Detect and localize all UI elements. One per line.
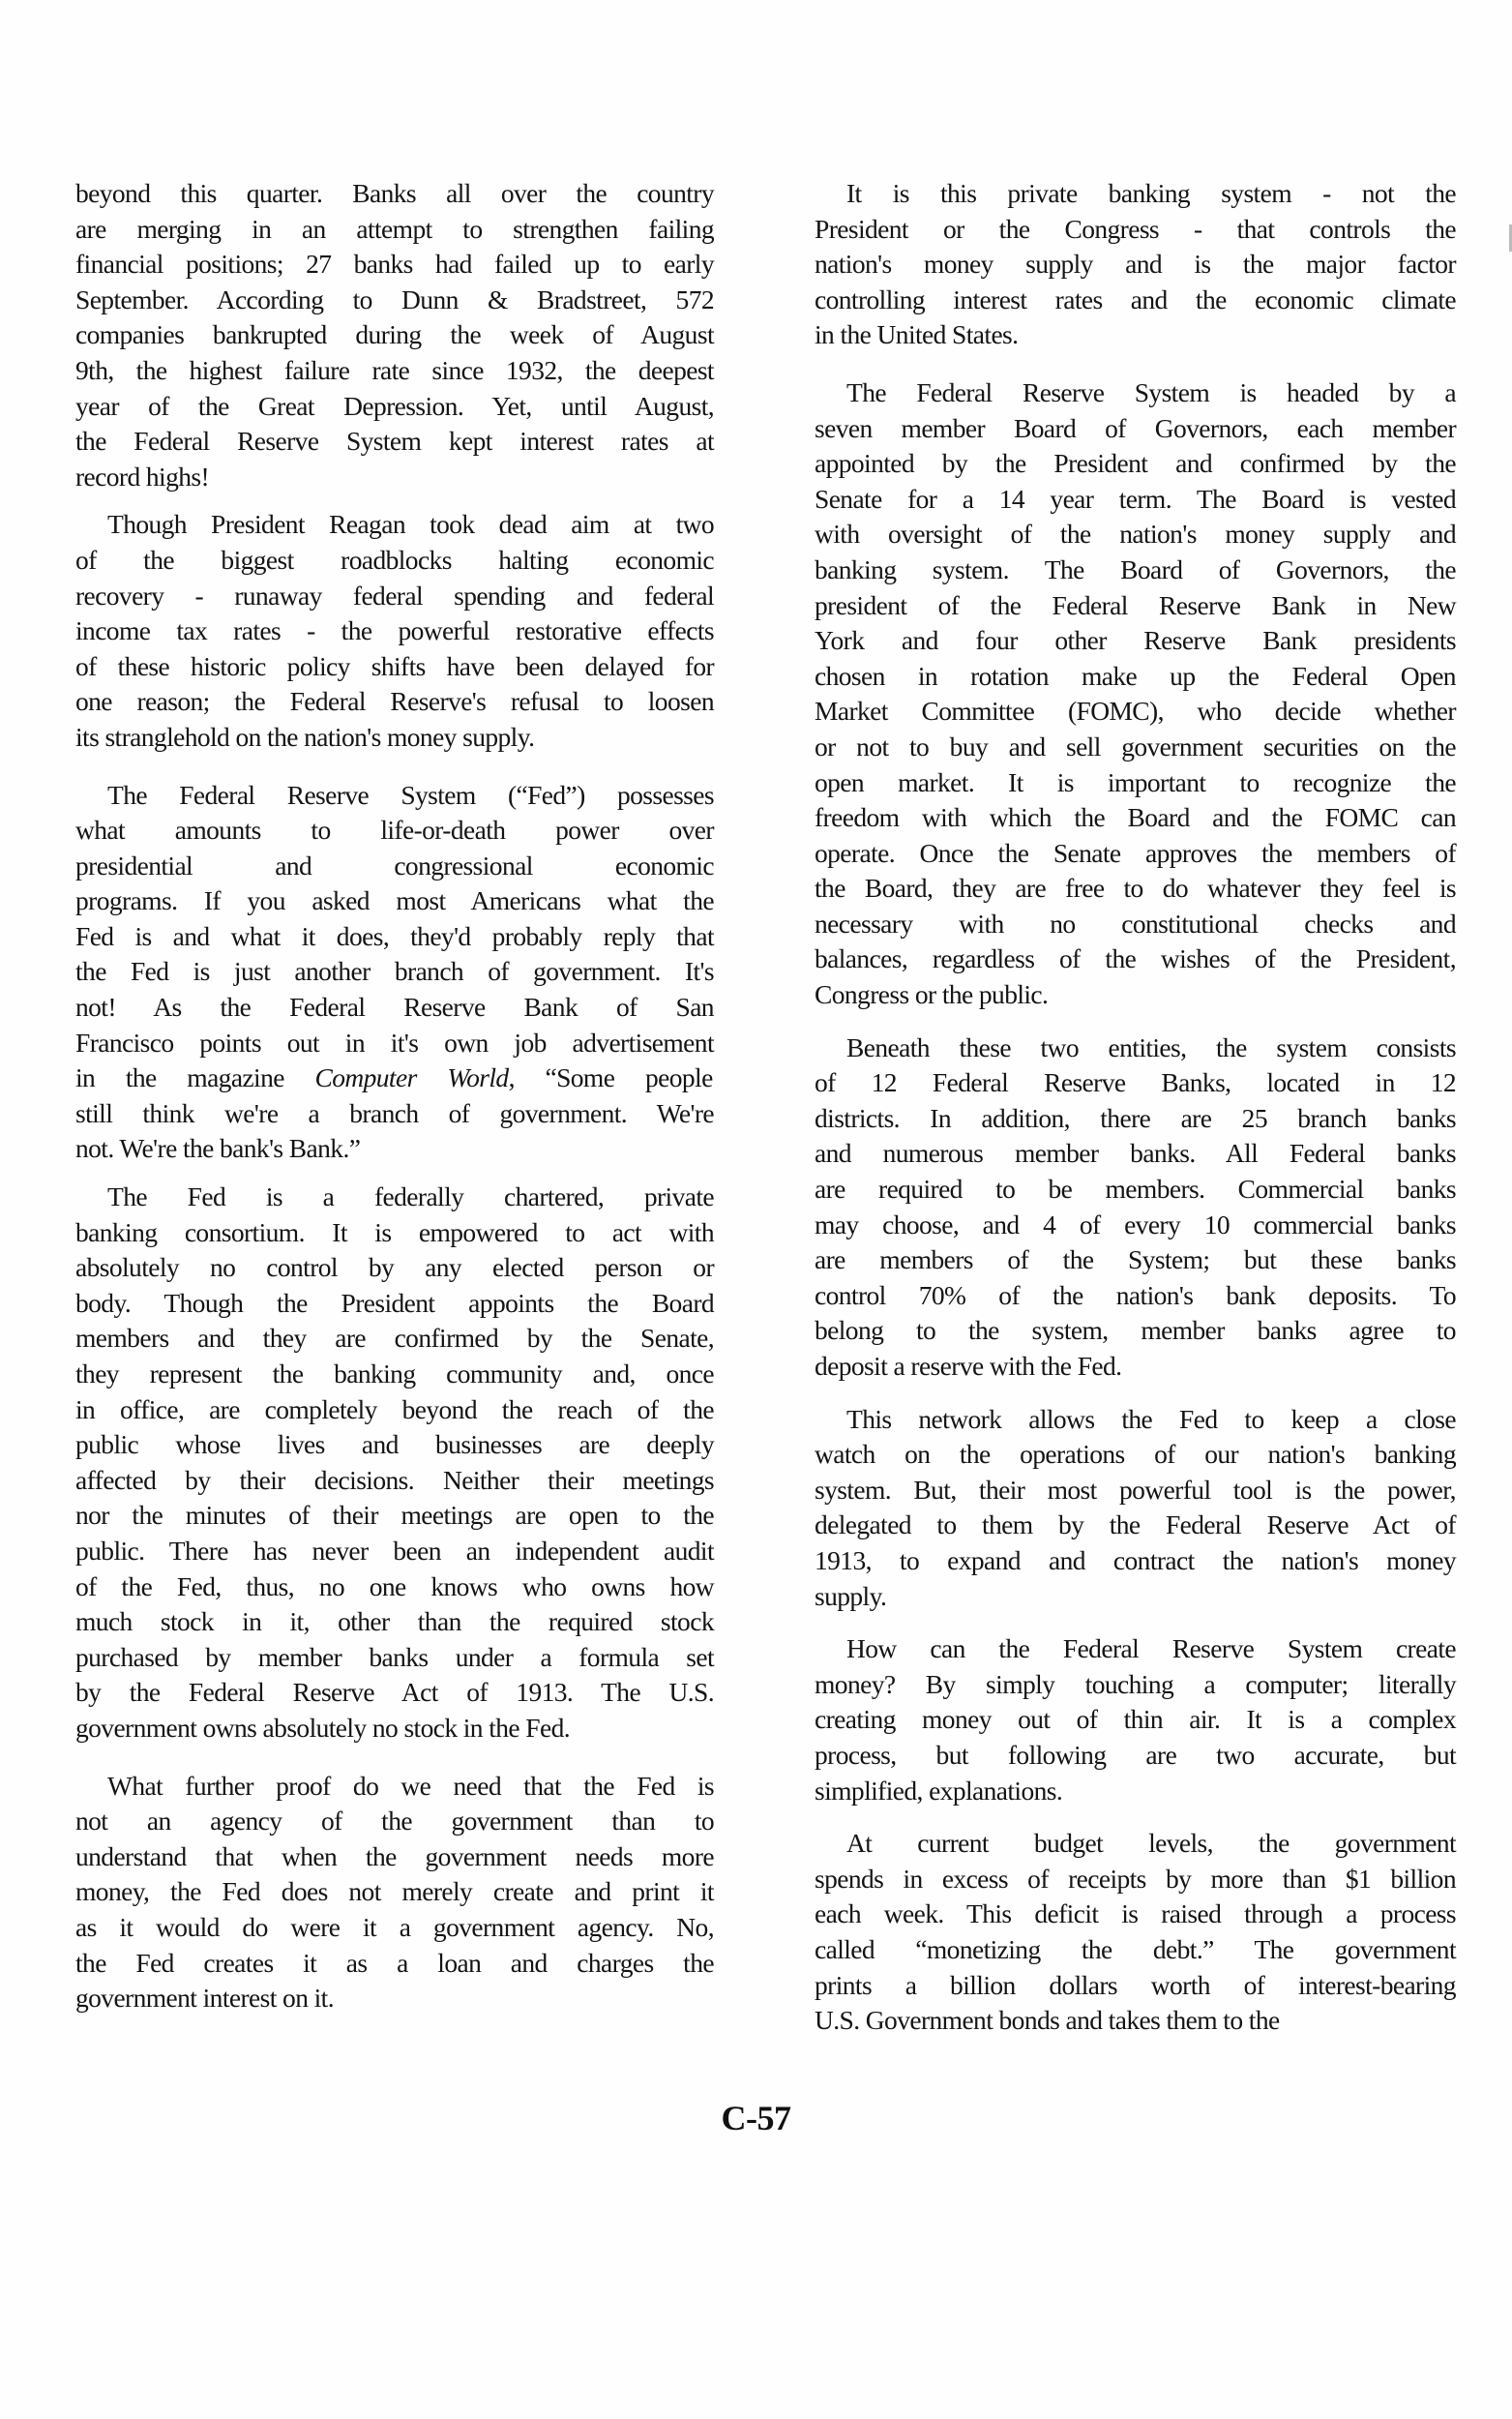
text-line: Though President Reagan took dead aim at… [75, 507, 714, 543]
text-line: the Fed creates it as a loan and charges… [75, 1946, 714, 1982]
text-line: Fed is and what it does, they'd probably… [75, 919, 714, 955]
paragraph: The Federal Reserve System (“Fed”) posse… [75, 778, 714, 1168]
text-line: not an agency of the government than to [75, 1804, 714, 1839]
text-line: How can the Federal Reserve System creat… [815, 1631, 1456, 1667]
text-line: the Board, they are free to do whatever … [815, 871, 1456, 907]
text-line: President or the Congress - that control… [815, 212, 1456, 248]
text-line: by the Federal Reserve Act of 1913. The … [75, 1675, 714, 1711]
text-line: are merging in an attempt to strengthen … [75, 212, 714, 248]
page-number: C-57 [0, 2098, 1512, 2138]
text-line: freedom with which the Board and the FOM… [815, 800, 1456, 836]
paragraph: At current budget levels, the government… [815, 1826, 1456, 2039]
text-line: in the magazine Computer World, “Some pe… [75, 1060, 714, 1096]
text-line: still think we're a branch of government… [75, 1096, 714, 1132]
text-line: body. Though the President appoints the … [75, 1286, 714, 1322]
text-line: public. There has never been an independ… [75, 1534, 714, 1569]
paragraph: What further proof do we need that the F… [75, 1769, 714, 2016]
paragraph: This network allows the Fed to keep a cl… [815, 1402, 1456, 1615]
text-line: control 70% of the nation's bank deposit… [815, 1278, 1456, 1314]
text-line: financial positions; 27 banks had failed… [75, 247, 714, 283]
text-line: income tax rates - the powerful restorat… [75, 613, 714, 649]
paragraph: It is this private banking system - not … [815, 176, 1456, 353]
text-line: The Federal Reserve System is headed by … [815, 375, 1456, 411]
text-line: 9th, the highest failure rate since 1932… [75, 353, 714, 389]
text-line: The Fed is a federally chartered, privat… [75, 1180, 714, 1215]
text-line: companies bankrupted during the week of … [75, 317, 714, 353]
text-line: controlling interest rates and the econo… [815, 283, 1456, 318]
text-line: The Federal Reserve System (“Fed”) posse… [75, 778, 714, 814]
text-line: creating money out of thin air. It is a … [815, 1702, 1456, 1738]
text-line: much stock in it, other than the require… [75, 1604, 714, 1640]
text-line: Senate for a 14 year term. The Board is … [815, 482, 1456, 518]
text-line: government interest on it. [75, 1981, 714, 2016]
text-line: appointed by the President and confirmed… [815, 446, 1456, 482]
text-line: purchased by member banks under a formul… [75, 1640, 714, 1676]
text-line: beyond this quarter. Banks all over the … [75, 176, 714, 212]
text-line: of the Fed, thus, no one knows who owns … [75, 1569, 714, 1605]
text-line: Market Committee (FOMC), who decide whet… [815, 694, 1456, 730]
text-line: delegated to them by the Federal Reserve… [815, 1508, 1456, 1543]
text-line: of the biggest roadblocks halting econom… [75, 543, 714, 579]
text-line: each week. This deficit is raised throug… [815, 1896, 1456, 1932]
text-line: government owns absolutely no stock in t… [75, 1711, 714, 1747]
text-line: money, the Fed does not merely create an… [75, 1874, 714, 1910]
text-line: its stranglehold on the nation's money s… [75, 720, 714, 756]
text-line: Beneath these two entities, the system c… [815, 1030, 1456, 1066]
text-line: the Fed is just another branch of govern… [75, 954, 714, 990]
text-line: belong to the system, member banks agree… [815, 1313, 1456, 1349]
paragraph: The Fed is a federally chartered, privat… [75, 1180, 714, 1747]
text-line: process, but following are two accurate,… [815, 1738, 1456, 1774]
text-line: public whose lives and businesses are de… [75, 1427, 714, 1463]
text-line: What further proof do we need that the F… [75, 1769, 714, 1805]
text-line: called “monetizing the debt.” The govern… [815, 1932, 1456, 1968]
paragraph: The Federal Reserve System is headed by … [815, 375, 1456, 1013]
left-column: beyond this quarter. Banks all over the … [75, 176, 714, 2016]
text-line: open market. It is important to recogniz… [815, 765, 1456, 801]
text-line: simplified, explanations. [815, 1774, 1456, 1809]
paragraph: How can the Federal Reserve System creat… [815, 1631, 1456, 1808]
text-line: districts. In addition, there are 25 bra… [815, 1101, 1456, 1137]
text-line: Francisco points out in it's own job adv… [75, 1026, 714, 1061]
text-line: of these historic policy shifts have bee… [75, 649, 714, 685]
text-line: affected by their decisions. Neither the… [75, 1463, 714, 1499]
text-line: 1913, to expand and contract the nation'… [815, 1543, 1456, 1579]
text-line: banking consortium. It is empowered to a… [75, 1215, 714, 1251]
text-line: supply. [815, 1579, 1456, 1615]
text-line: seven member Board of Governors, each me… [815, 411, 1456, 447]
text-line: spends in excess of receipts by more tha… [815, 1862, 1456, 1897]
text-line: money? By simply touching a computer; li… [815, 1667, 1456, 1703]
text-line: operate. Once the Senate approves the me… [815, 836, 1456, 872]
text-line: in the United States. [815, 317, 1456, 353]
text-line: necessary with no constitutional checks … [815, 907, 1456, 942]
text-line: York and four other Reserve Bank preside… [815, 623, 1456, 659]
text-line: what amounts to life-or-death power over [75, 813, 714, 849]
text-line: This network allows the Fed to keep a cl… [815, 1402, 1456, 1438]
text-line: It is this private banking system - not … [815, 176, 1456, 212]
text-line: year of the Great Depression. Yet, until… [75, 389, 714, 425]
text-line: presidential and congressional economic [75, 849, 714, 884]
text-line: U.S. Government bonds and takes them to … [815, 2003, 1456, 2039]
paragraph: Beneath these two entities, the system c… [815, 1030, 1456, 1385]
text-line: may choose, and 4 of every 10 commercial… [815, 1208, 1456, 1243]
text-line: one reason; the Federal Reserve's refusa… [75, 684, 714, 720]
text-line: nation's money supply and is the major f… [815, 247, 1456, 283]
text-line: or not to buy and sell government securi… [815, 730, 1456, 765]
text-line: the Federal Reserve System kept interest… [75, 424, 714, 460]
text-line: At current budget levels, the government [815, 1826, 1456, 1862]
text-line: watch on the operations of our nation's … [815, 1437, 1456, 1473]
text-line: chosen in rotation make up the Federal O… [815, 659, 1456, 695]
text-line: are required to be members. Commercial b… [815, 1172, 1456, 1208]
text-line: Congress or the public. [815, 977, 1456, 1013]
paragraph: Though President Reagan took dead aim at… [75, 507, 714, 755]
text-line: in office, are completely beyond the rea… [75, 1392, 714, 1428]
text-line: recovery - runaway federal spending and … [75, 579, 714, 614]
text-line: and numerous member banks. All Federal b… [815, 1136, 1456, 1172]
text-line: absolutely no control by any elected per… [75, 1250, 714, 1286]
text-line: not. We're the bank's Bank.” [75, 1131, 714, 1167]
text-line: deposit a reserve with the Fed. [815, 1349, 1456, 1385]
text-line: system. But, their most powerful tool is… [815, 1473, 1456, 1508]
text-line: as it would do were it a government agen… [75, 1910, 714, 1946]
text-line: members and they are confirmed by the Se… [75, 1321, 714, 1357]
text-line: record highs! [75, 460, 714, 495]
right-column: It is this private banking system - not … [815, 176, 1456, 2039]
text-line: nor the minutes of their meetings are op… [75, 1498, 714, 1534]
text-line: September. According to Dunn & Bradstree… [75, 283, 714, 318]
text-line: balances, regardless of the wishes of th… [815, 941, 1456, 977]
italic-title: Computer World [314, 1062, 508, 1092]
paragraph: beyond this quarter. Banks all over the … [75, 176, 714, 494]
text-line: not! As the Federal Reserve Bank of San [75, 990, 714, 1026]
text-line: they represent the banking community and… [75, 1357, 714, 1392]
text-line: of 12 Federal Reserve Banks, located in … [815, 1065, 1456, 1101]
text-line: understand that when the government need… [75, 1839, 714, 1875]
document-page: beyond this quarter. Banks all over the … [0, 0, 1512, 2419]
text-line: prints a billion dollars worth of intere… [815, 1968, 1456, 2004]
text-line: with oversight of the nation's money sup… [815, 517, 1456, 552]
text-line: programs. If you asked most Americans wh… [75, 883, 714, 919]
text-line: president of the Federal Reserve Bank in… [815, 588, 1456, 624]
text-line: banking system. The Board of Governors, … [815, 552, 1456, 588]
text-line: are members of the System; but these ban… [815, 1242, 1456, 1278]
